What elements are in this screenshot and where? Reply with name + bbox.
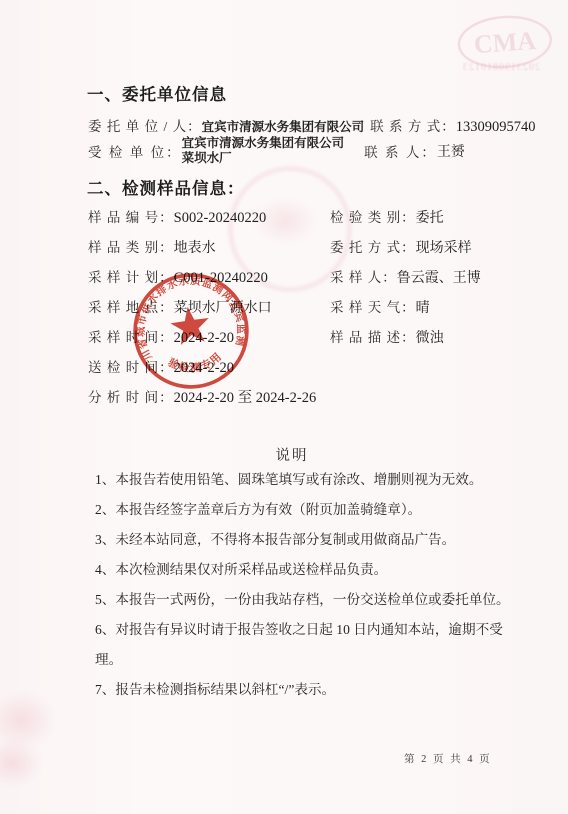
inspected-row: 受 检 单 位： 宜宾市清源水务集团有限公司 菜坝水厂 联 系 人： 王赟 bbox=[88, 136, 465, 166]
report-page: CMA 2023190810123 一、委托单位信息 委 托 单 位 / 人： … bbox=[0, 0, 568, 814]
section-title-client-info: 一、委托单位信息 bbox=[87, 81, 227, 105]
field-label: 样 品 类 别： bbox=[88, 236, 174, 256]
field-label: 采 样 天 气： bbox=[330, 296, 416, 316]
field-value: 微浊 bbox=[416, 327, 444, 347]
contact-method-value: 13309095740 bbox=[456, 119, 536, 136]
note-item: 3、未经本站同意，不得将本报告部分复制或用做商品广告。 bbox=[95, 525, 515, 555]
field-row-test-category: 检 验 类 别： 委托 bbox=[330, 206, 444, 227]
notes-title: 说明 bbox=[0, 444, 568, 465]
cma-text: CMA bbox=[473, 26, 537, 59]
notes-list: 1、本报告若使用铅笔、圆珠笔填写或有涂改、增删则视为无效。 2、本报告经签字盖章… bbox=[95, 465, 515, 705]
contact-person-value: 王赟 bbox=[437, 141, 465, 161]
official-stamp: 四川省城市供水排水水质监测网宜宾监测站 检验检测专用章 bbox=[120, 260, 262, 402]
bleed-through-number: 2023190810123 bbox=[448, 62, 554, 73]
note-item: 7、报告未检测指标结果以斜杠“/”表示。 bbox=[95, 675, 515, 705]
client-row: 委 托 单 位 / 人： 宜宾市清源水务集团有限公司 联 系 方 式： 1330… bbox=[88, 115, 536, 136]
field-value: 委托 bbox=[416, 207, 444, 227]
client-value: 宜宾市清源水务集团有限公司 bbox=[202, 120, 365, 135]
note-item: 6、对报告有异议时请于报告签收之日起 10 日内通知本站，逾期不受理。 bbox=[95, 615, 515, 675]
field-row-commission-mode: 委 托 方 式： 现场采样 bbox=[330, 236, 472, 257]
note-item: 4、本次检测结果仅对所采样品或送检样品负责。 bbox=[95, 555, 515, 585]
field-value: S002-20240220 bbox=[174, 210, 267, 227]
note-item: 5、本报告一式两份，一份由我站存档，一份交送检单位或委托单位。 bbox=[95, 585, 515, 615]
inspected-value-line2: 菜坝水厂 bbox=[182, 151, 345, 166]
field-label: 检 验 类 别： bbox=[330, 206, 416, 226]
field-value: 地表水 bbox=[174, 237, 216, 257]
field-row-sample-type: 样 品 类 别： 地表水 bbox=[88, 236, 216, 257]
field-row-weather: 采 样 天 气： 晴 bbox=[330, 296, 430, 317]
contact-method-label: 联 系 方 式： bbox=[370, 115, 456, 135]
field-label: 委 托 方 式： bbox=[330, 236, 416, 256]
inspected-value-line1: 宜宾市清源水务集团有限公司 bbox=[182, 136, 345, 151]
field-row-sample-description: 样 品 描 述： 微浊 bbox=[330, 326, 444, 347]
note-item: 2、本报告经签字盖章后方为有效（附页加盖骑缝章）。 bbox=[95, 495, 515, 525]
field-label: 采 样 人： bbox=[330, 266, 397, 286]
field-row-sampler: 采 样 人： 鲁云霞、王博 bbox=[330, 266, 481, 287]
client-label: 委 托 单 位 / 人： bbox=[88, 115, 202, 135]
field-label: 样 品 描 述： bbox=[330, 326, 416, 346]
section-title-sample-info: 二、检测样品信息： bbox=[87, 175, 245, 199]
contact-person-label: 联 系 人： bbox=[364, 141, 437, 161]
field-value: 晴 bbox=[416, 297, 430, 317]
page-number: 第 2 页 共 4 页 bbox=[404, 751, 492, 766]
field-value: 鲁云霞、王博 bbox=[397, 267, 481, 287]
inspected-label: 受 检 单 位： bbox=[88, 141, 182, 161]
note-item: 1、本报告若使用铅笔、圆珠笔填写或有涂改、增删则视为无效。 bbox=[95, 465, 515, 495]
field-row-sample-id: 样 品 编 号： S002-20240220 bbox=[88, 206, 266, 227]
field-label: 样 品 编 号： bbox=[88, 206, 174, 226]
field-value: 现场采样 bbox=[416, 237, 472, 257]
star-icon bbox=[168, 304, 211, 346]
